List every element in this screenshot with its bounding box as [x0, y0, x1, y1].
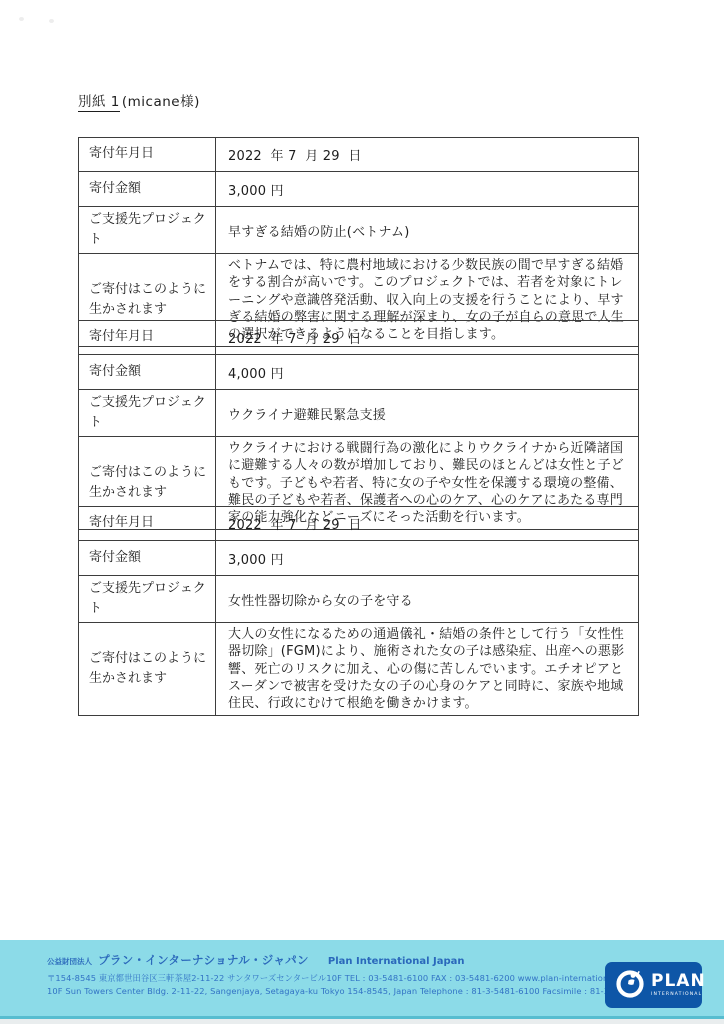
logo-wordmark: PLAN	[651, 973, 706, 990]
row-label-donation-date: 寄付年月日	[79, 507, 216, 541]
donation-date-value: 2022 年 7 月 29 日	[216, 138, 639, 172]
org-name-en: Plan International Japan	[328, 956, 465, 967]
donation-table-3: 寄付年月日 2022 年 7 月 29 日 寄付金額 3,000 円 ご支援先プ…	[78, 506, 639, 716]
table-row: 寄付金額 4,000 円	[79, 355, 639, 390]
supported-project-value: 早すぎる結婚の防止(ベトナム)	[216, 207, 639, 254]
donation-amount-value: 3,000 円	[216, 172, 639, 207]
organization-name-line: 公益財団法人 プラン・インターナショナル・ジャパン Plan Internati…	[47, 949, 658, 968]
row-label-donation-amount: 寄付金額	[79, 541, 216, 576]
donation-date-value: 2022 年 7 月 29 日	[216, 321, 639, 355]
row-label-donation-amount: 寄付金額	[79, 172, 216, 207]
row-label-donation-date: 寄付年月日	[79, 138, 216, 172]
footer-band: 公益財団法人 プラン・インターナショナル・ジャパン Plan Internati…	[0, 940, 724, 1024]
row-label-supported-project: ご支援先プロジェクト	[79, 390, 216, 437]
donation-date-value: 2022 年 7 月 29 日	[216, 507, 639, 541]
page-title: 別紙 1(micane様)	[78, 90, 200, 110]
donation-amount-value: 4,000 円	[216, 355, 639, 390]
plan-international-logo: PLAN INTERNATIONAL	[605, 962, 702, 1008]
row-label-donation-usage: ご寄付はこのように 生かされます	[79, 623, 216, 716]
table-row: ご支援先プロジェクト 女性性器切除から女の子を守る	[79, 576, 639, 623]
scan-speck	[49, 19, 54, 23]
row-label-supported-project: ご支援先プロジェクト	[79, 576, 216, 623]
table-row: 寄付年月日 2022 年 7 月 29 日	[79, 507, 639, 541]
footer-contact-block: 公益財団法人 プラン・インターナショナル・ジャパン Plan Internati…	[47, 949, 658, 999]
table-row: 寄付年月日 2022 年 7 月 29 日	[79, 321, 639, 355]
supported-project-value: ウクライナ避難民緊急支援	[216, 390, 639, 437]
logo-subtitle: INTERNATIONAL	[651, 992, 702, 997]
table-row: ご支援先プロジェクト 早すぎる結婚の防止(ベトナム)	[79, 207, 639, 254]
table-row: 寄付年月日 2022 年 7 月 29 日	[79, 138, 639, 172]
scan-edge-strip	[0, 1019, 724, 1024]
supported-project-value: 女性性器切除から女の子を守る	[216, 576, 639, 623]
org-type-label: 公益財団法人	[47, 957, 92, 966]
attachment-number-label: 別紙 1	[78, 94, 120, 112]
donation-table-1: 寄付年月日 2022 年 7 月 29 日 寄付金額 3,000 円 ご支援先プ…	[78, 137, 639, 347]
table-row: 寄付金額 3,000 円	[79, 541, 639, 576]
scanned-document-page: 別紙 1(micane様) 寄付年月日 2022 年 7 月 29 日 寄付金額…	[0, 0, 724, 1024]
address-line-en: 10F Sun Towers Center Bldg. 2-11-22, San…	[47, 985, 658, 998]
donation-amount-value: 3,000 円	[216, 541, 639, 576]
org-name-jp: プラン・インターナショナル・ジャパン	[98, 953, 309, 967]
plan-globe-child-icon	[613, 966, 647, 1004]
donation-usage-description: 大人の女性になるための通過儀礼・結婚の条件として行う「女性性器切除」(FGM)に…	[216, 623, 639, 716]
recipient-name: (micane様)	[122, 94, 200, 110]
row-label-donation-amount: 寄付金額	[79, 355, 216, 390]
row-label-supported-project: ご支援先プロジェクト	[79, 207, 216, 254]
donation-table-2: 寄付年月日 2022 年 7 月 29 日 寄付金額 4,000 円 ご支援先プ…	[78, 320, 639, 530]
address-line-jp: 〒154-8545 東京都世田谷区三軒茶屋2-11-22 サンタワーズセンタービ…	[47, 972, 658, 985]
table-row: 寄付金額 3,000 円	[79, 172, 639, 207]
scan-speck	[19, 17, 24, 21]
plan-logo-wordmark-group: PLAN INTERNATIONAL	[651, 973, 706, 997]
table-row: ご支援先プロジェクト ウクライナ避難民緊急支援	[79, 390, 639, 437]
table-row: ご寄付はこのように 生かされます 大人の女性になるための通過儀礼・結婚の条件とし…	[79, 623, 639, 716]
row-label-donation-date: 寄付年月日	[79, 321, 216, 355]
